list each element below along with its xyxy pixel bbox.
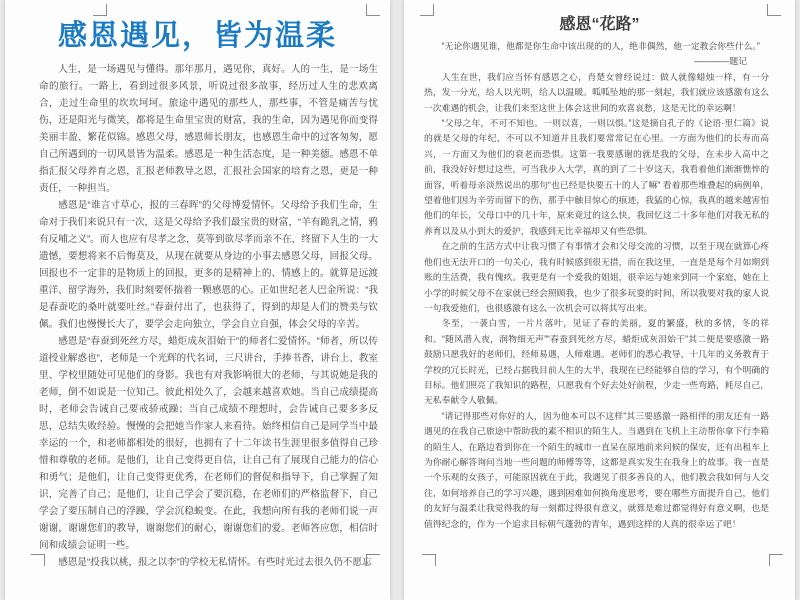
left-paragraph-2: 感恩是“谁言寸草心，报的三春晖”的父母博爱情怀。父母给予我们生命，生命对于我们来… (39, 197, 378, 333)
crop-mark-bottom-left-icon (31, 554, 45, 566)
crop-mark-bottom-right-icon (366, 554, 380, 566)
crop-mark-top-right-icon (366, 4, 380, 16)
page-left: 感恩遇见，皆为温柔 人生，是一场遇见与懂得。那年那月，遇见你，真好。人的一生，是… (5, 0, 390, 600)
left-page-body: 人生，是一场遇见与懂得。那年那月，遇见你，真好。人的一生，是一场生命的旅行。一路… (39, 61, 378, 571)
crop-mark-bottom-left-icon (422, 554, 436, 566)
right-paragraph-5: “请记得那些对你好的人，因为他本可以不这样”其三要感激一路相伴的朋友还有一路遇见… (424, 409, 769, 532)
right-paragraph-3: 在之前的生活方式中让我习惯了有事情才会和父母交流的习惯，以至于现在就算心疼他们也… (424, 239, 769, 316)
crop-mark-bottom-right-icon (769, 554, 783, 566)
right-paragraph-2: “父母之年，不可不知也。一则以喜，一则以惧。”这是摘自孔子的《论语·里仁篇》说的… (424, 116, 769, 239)
left-page-title: 感恩遇见，皆为温柔 (11, 13, 384, 54)
crop-mark-top-right-icon (767, 4, 781, 16)
crop-mark-top-left-icon (93, 4, 107, 16)
left-paragraph-1: 人生，是一场遇见与懂得。那年那月，遇见你，真好。人的一生，是一场生命的旅行。一路… (39, 61, 378, 197)
crop-mark-top-left-icon (420, 4, 434, 16)
right-paragraph-1: 人生在世，我们应当怀有感恩之心，肖楚女曾经说过：做人就像蜡烛一样，有一分热，发一… (424, 70, 769, 116)
left-paragraph-3: 感恩是“春蚕到死丝方尽，蜡炬成灰泪始干”的师者仁爱情怀。“师者，所以传道授业解惑… (39, 333, 378, 554)
epigraph-attribution: ————题记 (424, 54, 769, 69)
right-page-body: “无论你遇见谁，他都是你生命中该出现的的人，绝非偶然，他一定教会你些什么。” —… (424, 39, 769, 532)
page-right: 感恩“花路” “无论你遇见谁，他都是你生命中该出现的的人，绝非偶然，他一定教会你… (404, 0, 795, 600)
right-paragraph-4: 冬至，一袭白雪，一片片落叶，见证了春的美丽，夏的繁盛，秋的多情，冬的祥和。“随风… (424, 316, 769, 408)
left-paragraph-4: 感恩是“投我以桃，报之以李”的学校无私情怀。有些时光过去很久仍不愿忘 (39, 554, 378, 571)
epigraph: “无论你遇见谁，他都是你生命中该出现的的人，绝非偶然，他一定教会你些什么。” (424, 39, 769, 54)
right-page-title: 感恩“花路” (410, 11, 789, 34)
document-canvas: 感恩遇见，皆为温柔 人生，是一场遇见与懂得。那年那月，遇见你，真好。人的一生，是… (0, 0, 800, 600)
